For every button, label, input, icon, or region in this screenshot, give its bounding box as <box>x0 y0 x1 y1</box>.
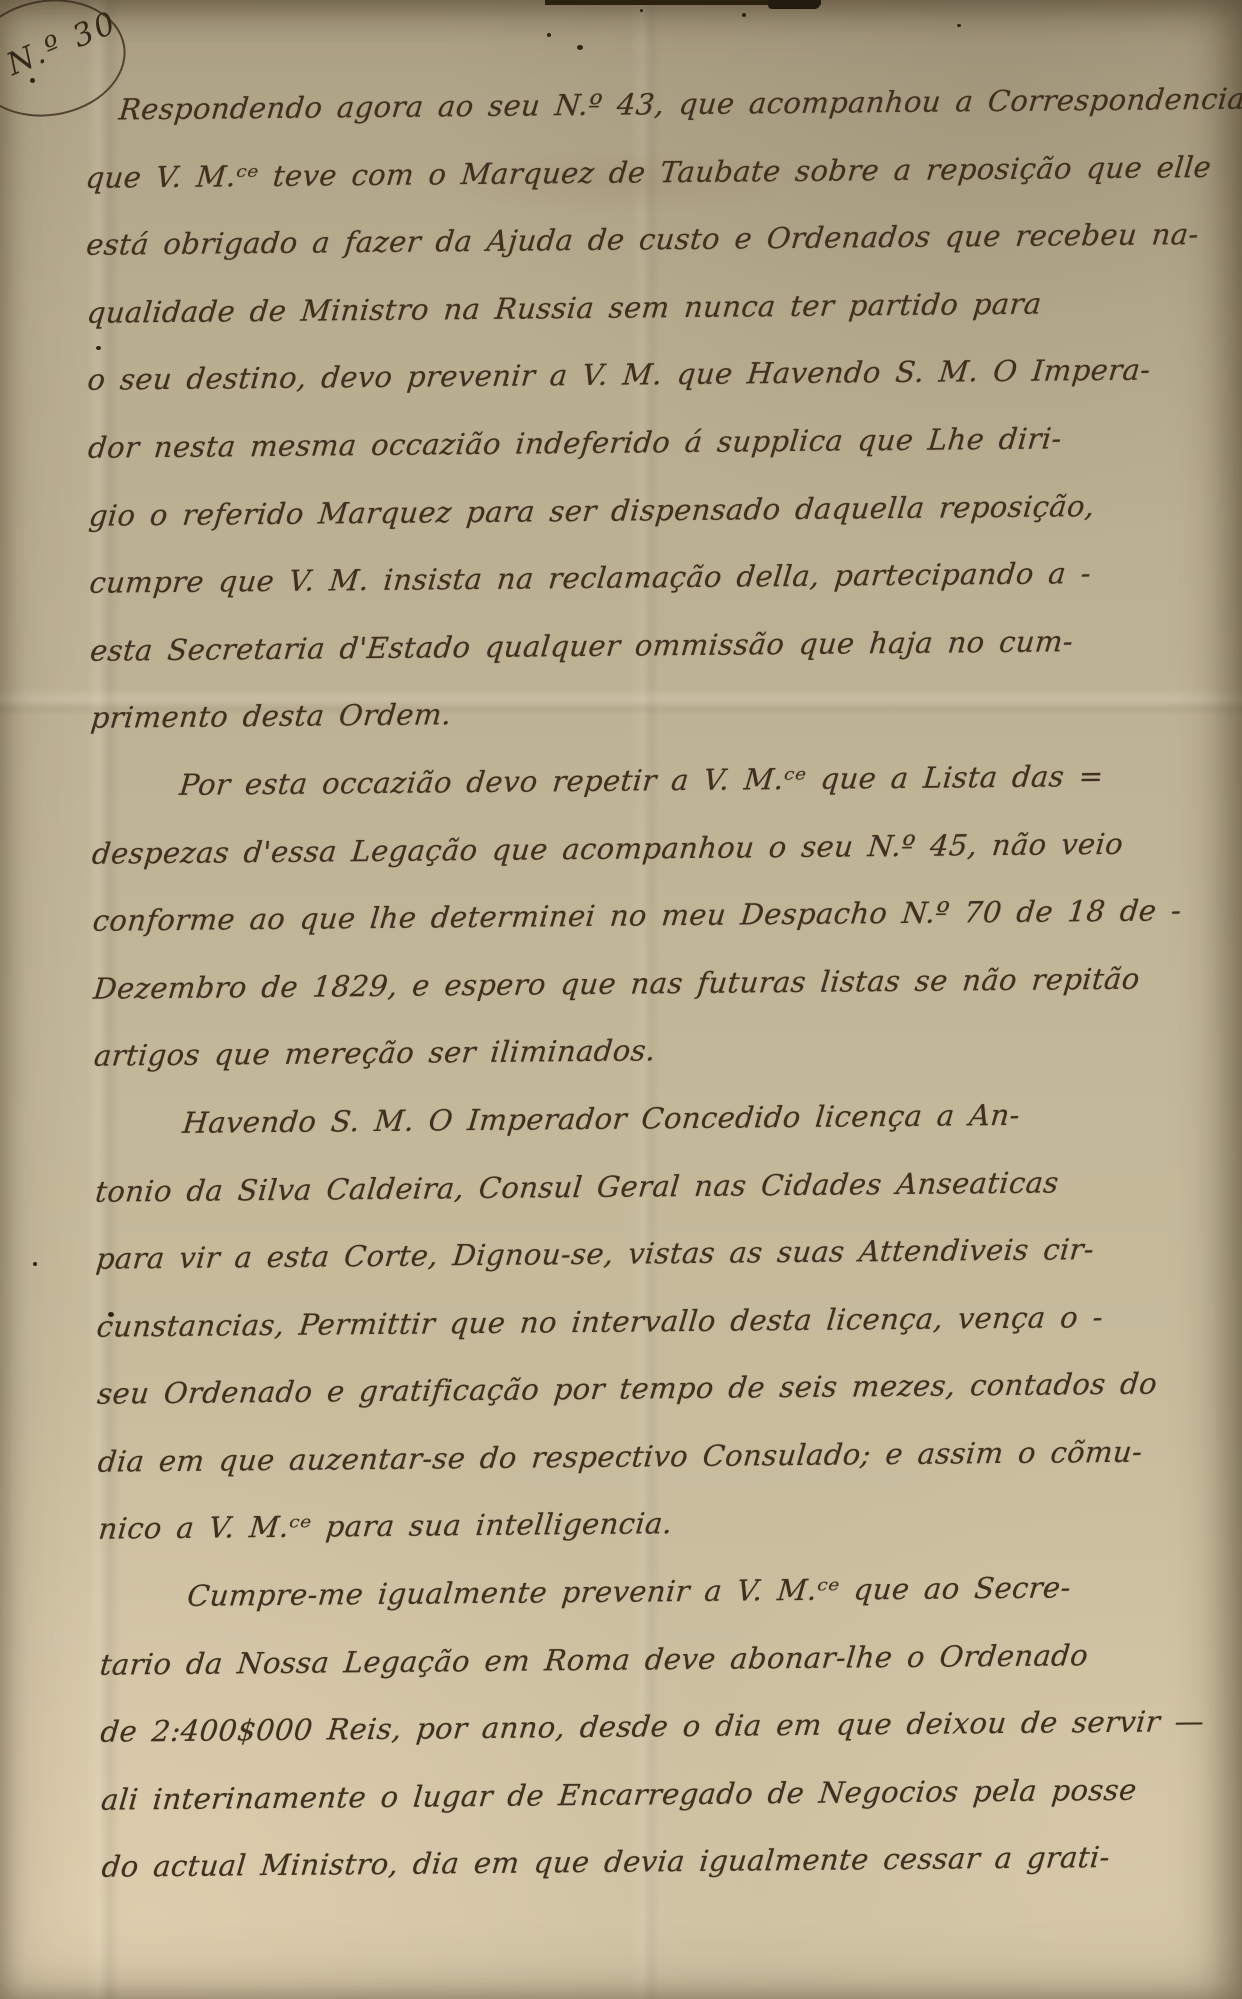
manuscript-line: Cumpre-me igualmente prevenir a V. M.ᶜᵉ … <box>96 1553 1230 1631</box>
manuscript-line: despezas d'essa Legação que acompanhou o… <box>89 809 1223 887</box>
manuscript-line: que V. M.ᶜᵉ teve com o Marquez de Taubat… <box>82 133 1216 211</box>
manuscript-line: artigos que mereção ser iliminados. <box>91 1012 1225 1090</box>
ink-speck <box>30 78 35 83</box>
manuscript-line: nico a V. M.ᶜᵉ para sua intelligencia. <box>95 1485 1229 1563</box>
letter-body: Respondendo agora ao seu N.º 43, que aco… <box>0 0 1242 1903</box>
ink-speck <box>957 24 961 27</box>
manuscript-line: gio o referido Marquez para ser dispensa… <box>86 471 1220 549</box>
ink-speck <box>742 13 746 17</box>
manuscript-line: para vir a esta Corte, Dignou-se, vistas… <box>93 1215 1227 1293</box>
manuscript-line: Dezembro de 1829, e espero que nas futur… <box>90 945 1224 1023</box>
manuscript-line: tonio da Silva Caldeira, Consul Geral na… <box>92 1147 1226 1225</box>
ink-speck <box>640 9 643 12</box>
manuscript-line: Respondendo agora ao seu N.º 43, que aco… <box>82 66 1216 144</box>
manuscript-line: qualidade de Ministro na Russia sem nunc… <box>84 269 1218 347</box>
ink-speck <box>108 1312 114 1317</box>
ink-speck <box>96 346 101 350</box>
ink-speck <box>547 33 551 37</box>
manuscript-line: dia em que auzentar-se do respectivo Con… <box>95 1418 1229 1496</box>
manuscript-line: de 2:400$000 Reis, por anno, desde o dia… <box>97 1688 1231 1766</box>
manuscript-line: seu Ordenado e gratificação por tempo de… <box>94 1350 1228 1428</box>
manuscript-line: tario da Nossa Legação em Roma deve abon… <box>97 1620 1231 1698</box>
manuscript-line: cunstancias, Permittir que no intervallo… <box>93 1283 1227 1361</box>
ink-speck <box>577 45 583 50</box>
manuscript-line: esta Secretaria d'Estado qualquer ommiss… <box>87 607 1221 685</box>
manuscript-line: dor nesta mesma occazião indeferido á su… <box>85 404 1219 482</box>
manuscript-line: Havendo S. M. O Imperador Concedido lice… <box>92 1080 1226 1158</box>
manuscript-line: Por esta occazião devo repetir a V. M.ᶜᵉ… <box>88 742 1222 820</box>
manuscript-page: N.º 30 Respondendo agora ao seu N.º 43, … <box>0 0 1242 1999</box>
manuscript-line: do actual Ministro, dia em que devia igu… <box>99 1823 1233 1901</box>
manuscript-line: cumpre que V. M. insista na reclamação d… <box>86 539 1220 617</box>
ink-speck <box>33 1262 37 1266</box>
manuscript-line: conforme ao que lhe determinei no meu De… <box>90 877 1224 955</box>
manuscript-line: o seu destino, devo prevenir a V. M. que… <box>84 336 1218 414</box>
manuscript-line: está obrigado a fazer da Ajuda de custo … <box>83 201 1217 279</box>
manuscript-line: primento desta Ordem. <box>88 674 1222 752</box>
manuscript-line: ali interinamente o lugar de Encarregado… <box>98 1756 1232 1834</box>
